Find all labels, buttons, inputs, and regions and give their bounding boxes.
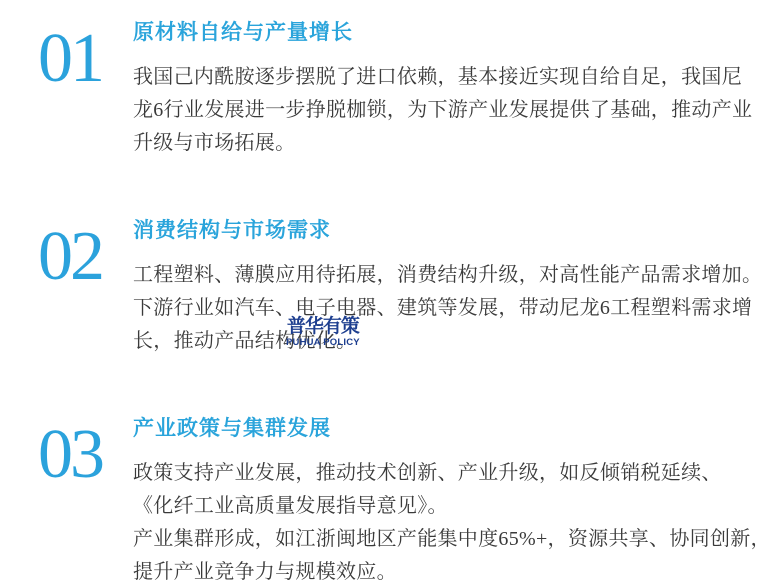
- body-line: 产业集群形成，如江浙闽地区产能集中度65%+，资源共享、协同创新，: [133, 523, 755, 556]
- document-page: 01 原材料自给与产量增长 我国己内酰胺逐步摆脱了进口依赖，基本接近实现自给自足…: [0, 0, 760, 585]
- section-title-01: 原材料自给与产量增长: [133, 22, 755, 43]
- section-title-03: 产业政策与集群发展: [133, 418, 755, 439]
- watermark-cn-logo-text: 普华有策: [286, 317, 360, 337]
- body-line: 《化纤工业高质量发展指导意见》。: [133, 490, 755, 523]
- body-line: 长，推动产品结构优化。: [133, 325, 755, 358]
- section-content-02: 消费结构与市场需求 工程塑料、薄膜应用待拓展，消费结构升级，对高性能产品需求增加…: [133, 220, 755, 358]
- section-number-01: 01: [38, 24, 102, 94]
- body-line: 提升产业竞争力与规模效应。: [133, 556, 755, 585]
- section-content-01: 原材料自给与产量增长 我国己内酰胺逐步摆脱了进口依赖，基本接近实现自给自足，我国…: [133, 22, 755, 160]
- section-title-02: 消费结构与市场需求: [133, 220, 755, 241]
- body-line: 工程塑料、薄膜应用待拓展，消费结构升级，对高性能产品需求增加。: [133, 259, 755, 292]
- section-number-03: 03: [38, 420, 102, 490]
- section-number-02: 02: [38, 222, 102, 292]
- puhua-policy-watermark: 普华有策 PUHUA POLICY: [286, 317, 360, 348]
- body-line: 升级与市场拓展。: [133, 127, 755, 160]
- body-line: 龙6行业发展进一步挣脱枷锁，为下游产业发展提供了基础，推动产业: [133, 94, 755, 127]
- body-line: 政策支持产业发展，推动技术创新、产业升级，如反倾销税延续、: [133, 457, 755, 490]
- body-line: 下游行业如汽车、电子电器、建筑等发展，带动尼龙6工程塑料需求增: [133, 292, 755, 325]
- body-line: 我国己内酰胺逐步摆脱了进口依赖，基本接近实现自给自足，我国尼: [133, 61, 755, 94]
- section-content-03: 产业政策与集群发展 政策支持产业发展，推动技术创新、产业升级，如反倾销税延续、 …: [133, 418, 755, 585]
- watermark-en-logo-text: PUHUA POLICY: [286, 337, 360, 348]
